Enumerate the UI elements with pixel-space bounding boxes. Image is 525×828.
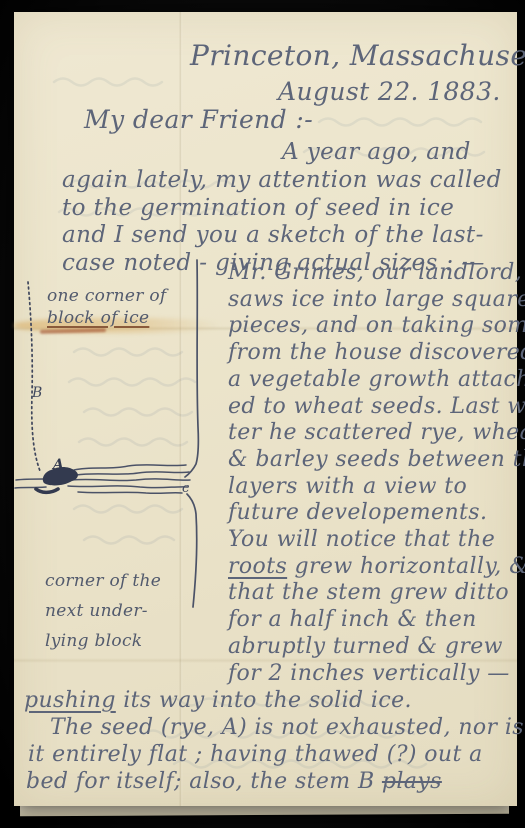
letter-line: from the house discovered <box>228 340 525 367</box>
letter-line-prefix: bed for itself; also, the stem B <box>26 769 382 794</box>
letter-line: pushing its way into the solid ice. <box>24 688 412 713</box>
underlined-word: pushing <box>24 688 116 713</box>
root-lines <box>15 465 190 493</box>
letter-line: it entirely flat ; having thawed (?) out… <box>28 742 483 767</box>
date-line: August 22. 1883. <box>278 77 501 106</box>
letter-line: ed to wheat seeds. Last win- <box>228 394 525 421</box>
ice-block-corner-upper-line <box>185 260 198 477</box>
underlined-word: roots <box>228 554 287 579</box>
letter-line: The seed (rye, A) is not exhausted, nor … <box>50 715 524 740</box>
seed-label: A <box>51 457 64 473</box>
letter-line: bed for itself; also, the stem B plays <box>26 769 442 794</box>
salutation: My dear Friend :- <box>84 105 313 134</box>
seed-tail <box>36 489 58 492</box>
letter-line: A year ago, and <box>282 139 471 165</box>
letter-line: for a half inch & then <box>228 607 525 634</box>
letter-line: future developements. <box>228 500 525 527</box>
struck-word: plays <box>382 769 442 794</box>
letter-line: pieces, and on taking some <box>228 313 525 340</box>
letter-line: You will notice that the <box>228 527 525 554</box>
letter-line: to the germination of seed in ice <box>62 195 502 223</box>
letter-line-rest: grew horizontally, & <box>287 554 525 579</box>
letter-line: a vegetable growth attach- <box>228 367 525 394</box>
letter-page: Princeton, Massachusetts, August 22. 188… <box>14 12 517 806</box>
letter-line: for 2 inches vertically — <box>228 661 525 688</box>
letter-line: saws ice into large square <box>228 287 525 314</box>
letter-line-rest: its way into the solid ice. <box>116 688 412 713</box>
letter-line: again lately, my attention was called <box>62 167 502 195</box>
letter-line: & barley seeds between the <box>228 447 525 474</box>
stem-label: B <box>31 385 42 401</box>
ice-block-corner-lower-line <box>187 494 197 607</box>
main-paragraph-column: Mr. Grimes, our landlord, saws ice into … <box>228 260 525 687</box>
letter-line: roots grew horizontally, & <box>228 554 525 581</box>
letter-line: layers with a view to <box>228 474 525 501</box>
place-line: Princeton, Massachusetts, <box>190 39 525 72</box>
corner-label: c <box>182 481 190 496</box>
stem-dotted-line <box>28 282 40 471</box>
ice-seed-sketch: A B c <box>14 242 234 632</box>
letter-line: abruptly turned & grew <box>228 634 525 661</box>
letter-line: ter he scattered rye, wheat <box>228 420 525 447</box>
letter-line: that the stem grew ditto <box>228 580 525 607</box>
letter-line: Mr. Grimes, our landlord, <box>228 260 525 287</box>
